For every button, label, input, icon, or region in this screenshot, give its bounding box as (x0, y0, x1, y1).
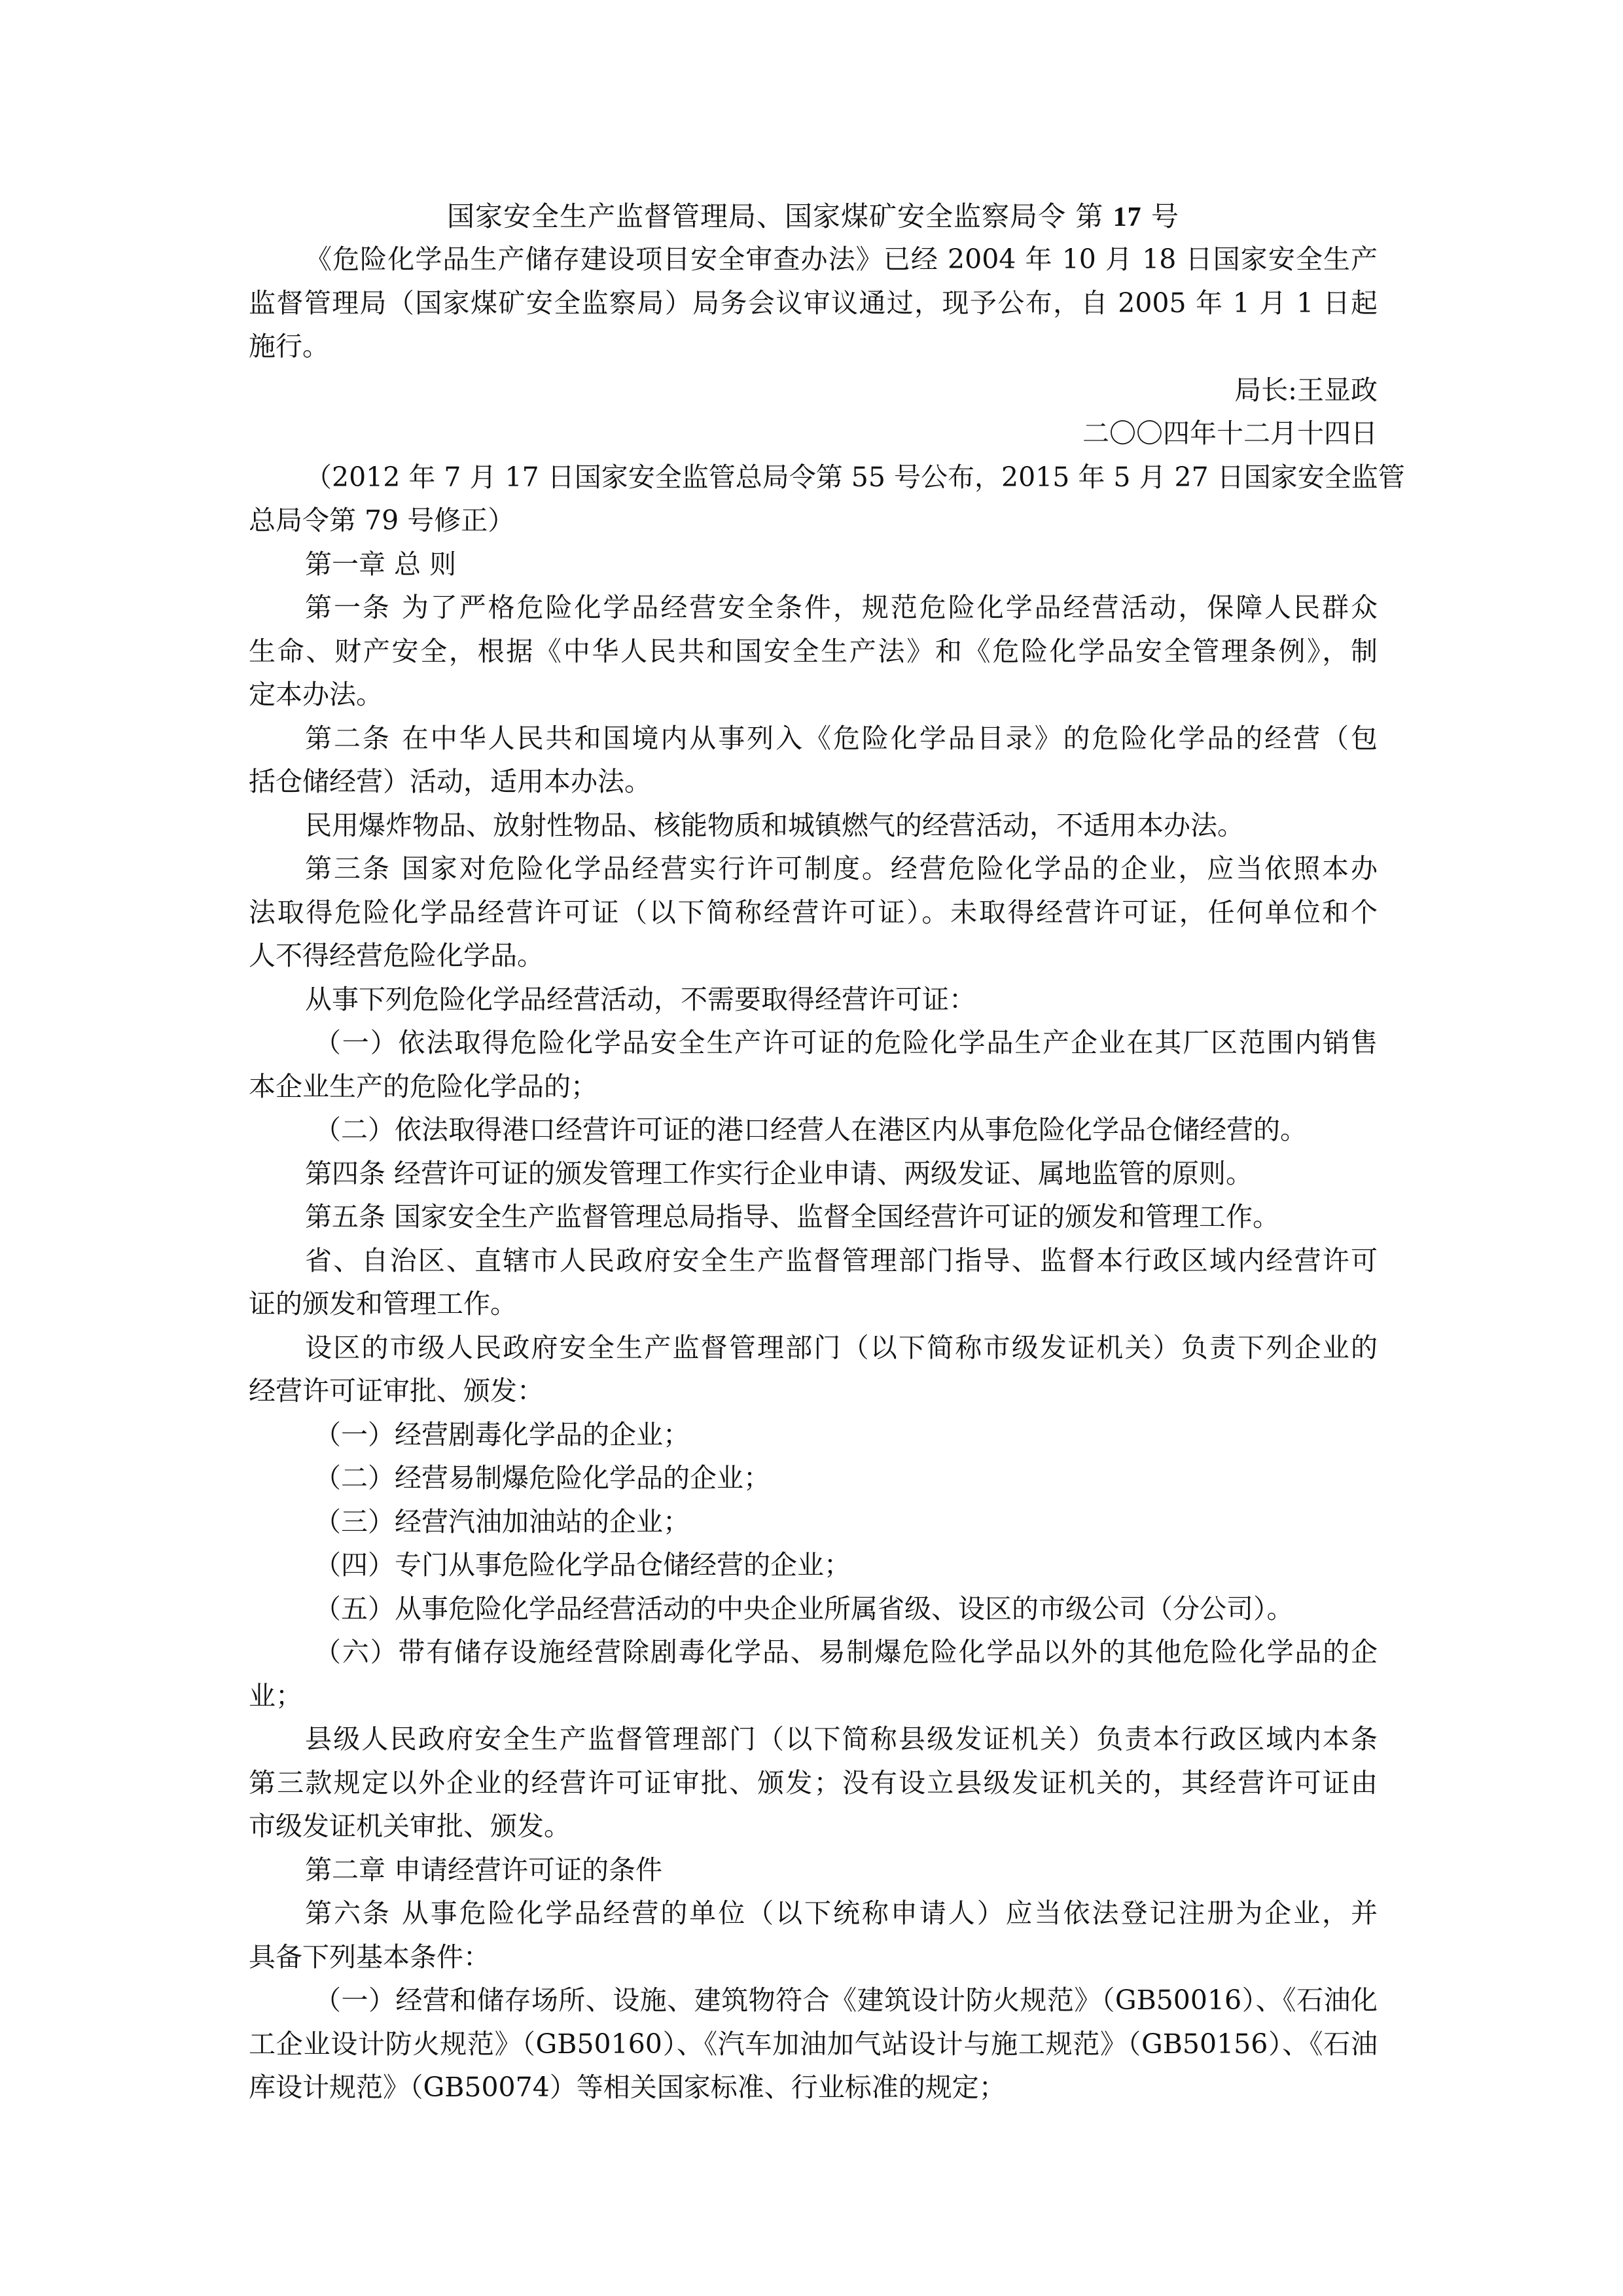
text-line: 生命、财产安全，根据《中华人民共和国安全生产法》和《危险化学品安全管理条例》，制 (249, 630, 1378, 673)
text-line: 第三款规定以外企业的经营许可证审批、颁发；没有设立县级发证机关的，其经营许可证由 (249, 1761, 1378, 1805)
text-line: 第二条 在中华人民共和国境内从事列入《危险化学品目录》的危险化学品的经营（包 (249, 717, 1378, 761)
title-prefix: 国家安全生产监督管理局、国家煤矿安全监察局令 第 (447, 200, 1113, 232)
text-line: 第一条 为了严格危险化学品经营安全条件，规范危险化学品经营活动，保障人民群众 (249, 586, 1378, 630)
text-line: （一）依法取得危险化学品安全生产许可证的危险化学品生产企业在其厂区范围内销售 (249, 1021, 1378, 1065)
text-line: 第六条 从事危险化学品经营的单位（以下统称申请人）应当依法登记注册为企业，并 (249, 1892, 1378, 1935)
text-line: （四）专门从事危险化学品仓储经营的企业； (249, 1543, 1378, 1587)
text-line: 《危险化学品生产储存建设项目安全审查办法》已经 2004 年 10 月 18 日… (249, 238, 1378, 281)
page-title: 国家安全生产监督管理局、国家煤矿安全监察局令 第 17 号 (249, 194, 1378, 240)
text-line: （一）经营和储存场所、设施、建筑物符合《建筑设计防火规范》（GB50016）、《… (249, 1979, 1378, 2022)
text-line: 第四条 经营许可证的颁发管理工作实行企业申请、两级发证、属地监管的原则。 (249, 1152, 1378, 1196)
text-line: （三）经营汽油加油站的企业； (249, 1500, 1378, 1544)
text-line: 库设计规范》（GB50074）等相关国家标准、行业标准的规定； (249, 2066, 1378, 2109)
text-line: 局长:王显政 (249, 368, 1378, 412)
document-body: 《危险化学品生产储存建设项目安全审查办法》已经 2004 年 10 月 18 日… (249, 238, 1378, 2109)
text-line: （五）从事危险化学品经营活动的中央企业所属省级、设区的市级公司（分公司）。 (249, 1587, 1378, 1631)
text-line: 第五条 国家安全生产监督管理总局指导、监督全国经营许可证的颁发和管理工作。 (249, 1195, 1378, 1239)
text-line: 民用爆炸物品、放射性物品、核能物质和城镇燃气的经营活动，不适用本办法。 (249, 804, 1378, 848)
text-line: 业； (249, 1674, 1378, 1718)
text-line: 经营许可证审批、颁发： (249, 1369, 1378, 1413)
text-line: 施行。 (249, 325, 1378, 368)
text-line: （二）依法取得港口经营许可证的港口经营人在港区内从事危险化学品仓储经营的。 (249, 1108, 1378, 1152)
text-line: （一）经营剧毒化学品的企业； (249, 1413, 1378, 1457)
text-line: 省、自治区、直辖市人民政府安全生产监督管理部门指导、监督本行政区域内经营许可 (249, 1239, 1378, 1283)
text-line: （2012 年 7 月 17 日国家安全监管总局令第 55 号公布，2015 年… (249, 456, 1378, 499)
text-line: 第一章 总 则 (249, 543, 1378, 586)
document-page: 国家安全生产监督管理局、国家煤矿安全监察局令 第 17 号 《危险化学品生产储存… (0, 0, 1623, 2296)
text-line: 法取得危险化学品经营许可证（以下简称经营许可证）。未取得经营许可证，任何单位和个 (249, 891, 1378, 935)
text-line: （六）带有储存设施经营除剧毒化学品、易制爆危险化学品以外的其他危险化学品的企 (249, 1630, 1378, 1674)
text-line: （二）经营易制爆危险化学品的企业； (249, 1456, 1378, 1500)
text-line: 证的颁发和管理工作。 (249, 1282, 1378, 1326)
text-line: 本企业生产的危险化学品的； (249, 1065, 1378, 1109)
text-line: 从事下列危险化学品经营活动，不需要取得经营许可证： (249, 978, 1378, 1022)
text-line: 监督管理局（国家煤矿安全监察局）局务会议审议通过，现予公布，自 2005 年 1… (249, 281, 1378, 325)
title-suffix: 号 (1142, 200, 1179, 232)
text-line: 市级发证机关审批、颁发。 (249, 1804, 1378, 1848)
text-line: 具备下列基本条件： (249, 1935, 1378, 1979)
text-line: 定本办法。 (249, 673, 1378, 717)
text-line: 总局令第 79 号修正） (249, 499, 1378, 543)
text-line: 括仓储经营）活动，适用本办法。 (249, 760, 1378, 804)
text-line: 县级人民政府安全生产监督管理部门（以下简称县级发证机关）负责本行政区域内本条 (249, 1717, 1378, 1761)
order-number: 17 (1113, 202, 1142, 232)
text-line: 第二章 申请经营许可证的条件 (249, 1848, 1378, 1892)
text-line: 设区的市级人民政府安全生产监督管理部门（以下简称市级发证机关）负责下列企业的 (249, 1326, 1378, 1370)
text-line: 工企业设计防火规范》（GB50160）、《汽车加油加气站设计与施工规范》（GB5… (249, 2022, 1378, 2066)
text-line: 第三条 国家对危险化学品经营实行许可制度。经营危险化学品的企业，应当依照本办 (249, 847, 1378, 891)
text-line: 人不得经营危险化学品。 (249, 934, 1378, 978)
text-line: 二〇〇四年十二月十四日 (249, 412, 1378, 456)
